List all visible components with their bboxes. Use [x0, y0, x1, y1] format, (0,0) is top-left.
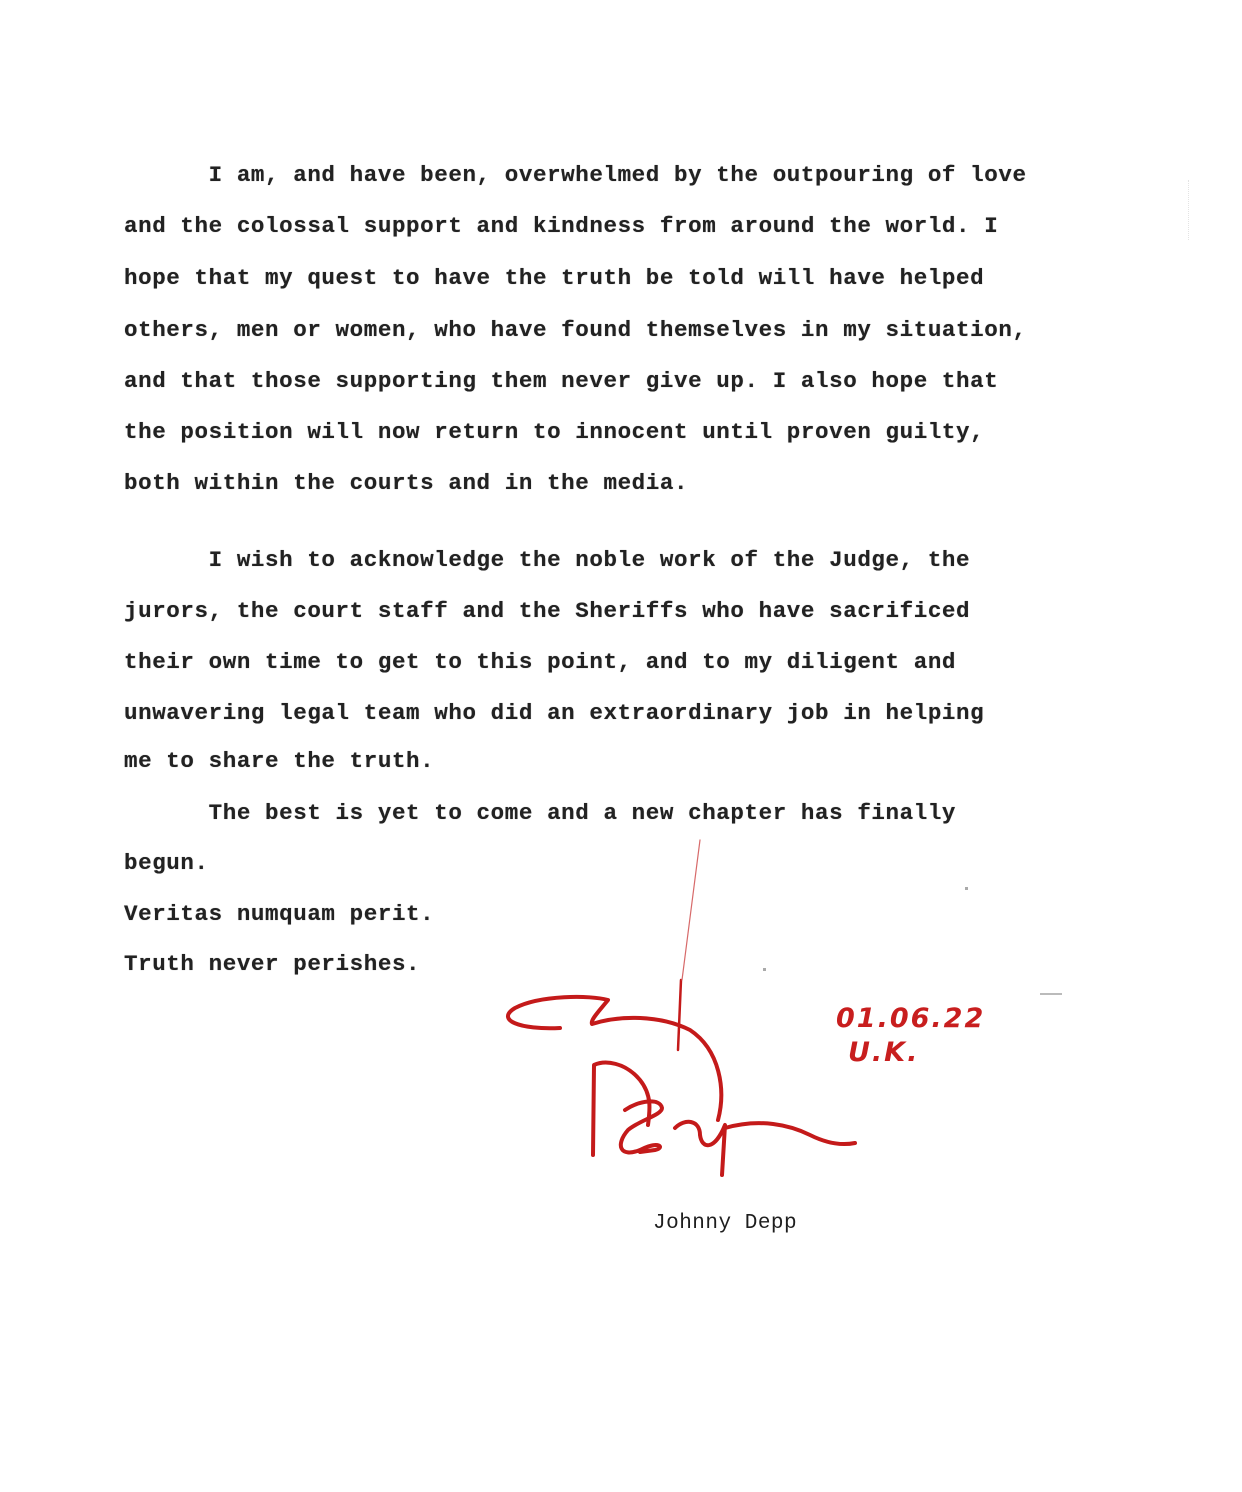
paragraph-2-line-4: unwavering legal team who did an extraor… — [124, 700, 984, 726]
typed-signature-name: Johnny Depp — [653, 1212, 797, 1235]
paragraph-2-line-3: their own time to get to this point, and… — [124, 649, 956, 675]
paragraph-1-line-4: others, men or women, who have found the… — [124, 317, 1027, 343]
paragraph-3-line-2: begun. — [124, 850, 209, 876]
handwritten-location: U.K. — [836, 1036, 985, 1070]
paragraph-2-line-1: I wish to acknowledge the noble work of … — [124, 547, 970, 573]
paragraph-1-line-5: and that those supporting them never giv… — [124, 368, 998, 394]
paragraph-3-line-3: Veritas numquam perit. — [124, 901, 434, 927]
paragraph-1-line-3: hope that my quest to have the truth be … — [124, 265, 984, 291]
scan-artifact-dash — [1040, 993, 1062, 995]
paragraph-1-line-7: both within the courts and in the media. — [124, 470, 688, 496]
letter-page: I am, and have been, overwhelmed by the … — [0, 0, 1242, 1492]
paragraph-1-line-1: I am, and have been, overwhelmed by the … — [124, 162, 1027, 188]
scan-artifact-dot — [965, 887, 968, 890]
paragraph-2-line-2: jurors, the court staff and the Sheriffs… — [124, 598, 970, 624]
paragraph-3-line-1: The best is yet to come and a new chapte… — [124, 800, 956, 826]
handwritten-date-note: 01.06.22 U.K. — [836, 1002, 985, 1070]
paragraph-1-line-6: the position will now return to innocent… — [124, 419, 984, 445]
paragraph-3-line-4: Truth never perishes. — [124, 951, 420, 977]
handwritten-date: 01.06.22 — [836, 1002, 985, 1036]
scan-artifact-dots — [1188, 180, 1229, 240]
scan-artifact-dot — [763, 968, 766, 971]
paragraph-1-line-2: and the colossal support and kindness fr… — [124, 213, 998, 239]
paragraph-2-line-5: me to share the truth. — [124, 748, 434, 774]
